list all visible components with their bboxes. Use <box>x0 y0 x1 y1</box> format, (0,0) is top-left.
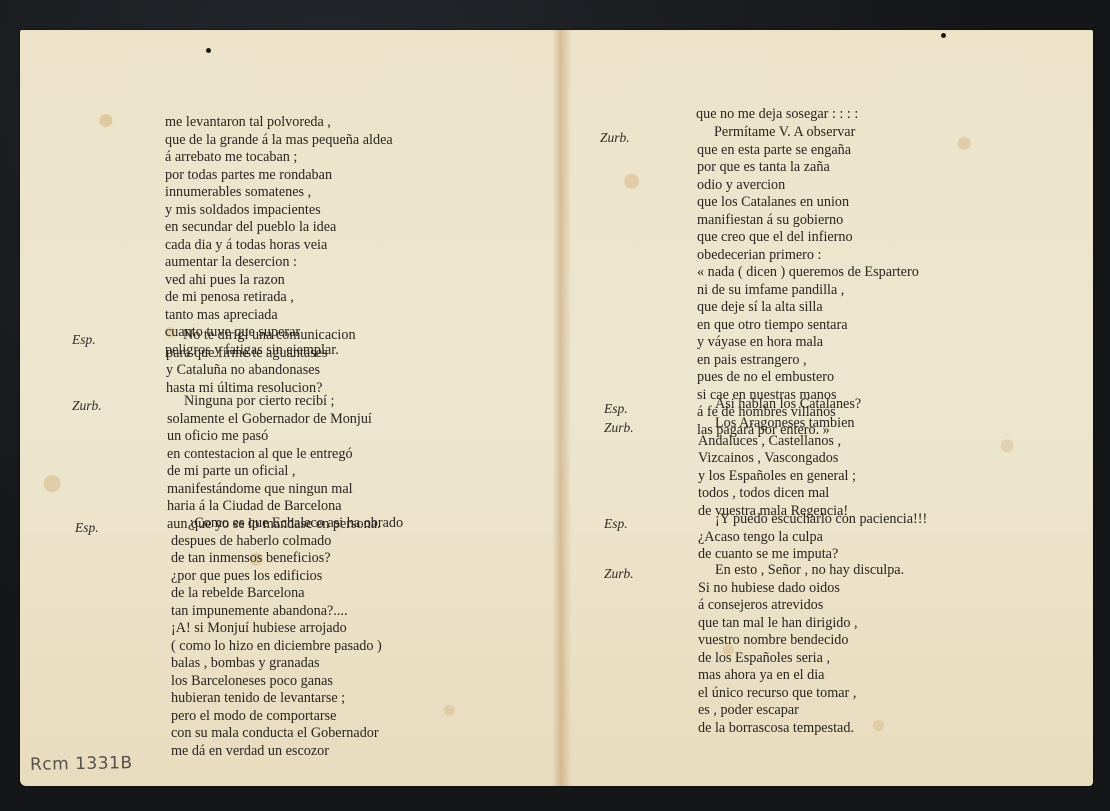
verse-line: En esto , Señor , no hay disculpa. <box>698 562 904 580</box>
verse-line: solamente el Gobernador de Monjuí <box>167 411 381 429</box>
verse-line: de mi penosa retirada , <box>165 289 393 307</box>
verse-line: y los Españoles en general ; <box>698 468 856 486</box>
verse-line: ¿Como es que Echaleco asi ha obrado <box>171 515 403 533</box>
verse-line: para que firme te aguantases <box>166 345 356 363</box>
verse-line: de mi parte un oficial , <box>167 463 381 481</box>
verse-line: me dá en verdad un escozor <box>171 743 403 761</box>
verse-line: Andaluces , Castellanos , <box>698 433 856 451</box>
verse-line: que tan mal le han dirigido , <box>698 615 904 633</box>
pinhole-mark <box>206 48 211 53</box>
verse-line: con su mala conducta el Gobernador <box>171 725 403 743</box>
verse-line: un oficio me pasó <box>167 428 381 446</box>
verse-line: ni de su imfame pandilla , <box>697 282 919 300</box>
verse-line: que creo que el del infierno <box>697 229 919 247</box>
verse-line: de los Españoles seria , <box>698 650 904 668</box>
verse-line: ¡Y puedo escucharlo con paciencia!!! <box>698 511 927 529</box>
verse-line: pero el modo de comportarse <box>171 708 403 726</box>
verse-line: Permítame V. A observar <box>697 124 919 142</box>
speech-block: No te dirigí una comunicacion para que f… <box>166 327 356 397</box>
verse-line: innumerables somatenes , <box>165 184 393 202</box>
verse-line: en secundar del pueblo la idea <box>165 219 393 237</box>
verse-line: despues de haberlo colmado <box>171 533 403 551</box>
verse-line: los Barceloneses poco ganas <box>171 673 403 691</box>
verse-line: que los Catalanes en union <box>697 194 919 212</box>
speech-block: Ninguna por cierto recibí ; solamente el… <box>167 393 381 533</box>
verse-line: de la rebelde Barcelona <box>171 585 403 603</box>
verse-line: ( como lo hizo en diciembre pasado ) <box>171 638 403 656</box>
verse-line: el único recurso que tomar , <box>698 685 904 703</box>
right-page: que no me deja sosegar : : : : Zurb. Per… <box>560 30 1093 786</box>
speaker-label: Zurb. <box>600 130 630 146</box>
speaker-label: Zurb. <box>604 566 634 582</box>
shelfmark-annotation: Rcm 1331B <box>30 753 133 775</box>
verse-line: que no me deja sosegar : : : : <box>696 106 858 124</box>
verse-line: á consejeros atrevidos <box>698 597 904 615</box>
verse-line: Ninguna por cierto recibí ; <box>167 393 381 411</box>
verse-line: vuestro nombre bendecido <box>698 632 904 650</box>
speaker-label: Esp. <box>604 401 628 417</box>
verse-line: en pais estrangero , <box>697 352 919 370</box>
verse-line: y váyase en hora mala <box>697 334 919 352</box>
verse-line: manifiestan á su gobierno <box>697 212 919 230</box>
verse-line: que deje sí la alta silla <box>697 299 919 317</box>
verse-line: en que otro tiempo sentara <box>697 317 919 335</box>
speech-block: En esto , Señor , no hay disculpa. Si no… <box>698 562 904 737</box>
speech-block: ¡Y puedo escucharlo con paciencia!!! ¿Ac… <box>698 511 927 564</box>
verse-line: por que es tanta la zaña <box>697 159 919 177</box>
verse-line: ¡A! si Monjuí hubiese arrojado <box>171 620 403 638</box>
verse-line: « nada ( dicen ) queremos de Espartero <box>697 264 919 282</box>
verse-line: en contestacion al que le entregó <box>167 446 381 464</box>
verse-line: que de la grande á la mas pequeña aldea <box>165 132 393 150</box>
verse-line: Los Aragoneses tambien <box>698 415 856 433</box>
verse-line: pues de no el embustero <box>697 369 919 387</box>
verse-line: No te dirigí una comunicacion <box>166 327 356 345</box>
verse-line: de cuanto se me imputa? <box>698 546 927 564</box>
verse-line: hubieran tenido de levantarse ; <box>171 690 403 708</box>
speech-block: Los Aragoneses tambien Andaluces , Caste… <box>698 415 856 520</box>
verse-line: de la borrascosa tempestad. <box>698 720 904 738</box>
speech-block: ¿Como es que Echaleco asi ha obrado desp… <box>171 515 403 760</box>
verse-line: y mis soldados impacientes <box>165 202 393 220</box>
verse-line: de tan inmensos beneficios? <box>171 550 403 568</box>
verse-line: cada dia y á todas horas veia <box>165 237 393 255</box>
verse-line: manifestándome que ningun mal <box>167 481 381 499</box>
left-continuation-verse: me levantaron tal polvoreda , que de la … <box>165 114 393 359</box>
left-page: me levantaron tal polvoreda , que de la … <box>20 30 560 786</box>
speaker-label: Esp. <box>75 520 99 536</box>
verse-line: es , poder escapar <box>698 702 904 720</box>
verse-line: odio y avercion <box>697 177 919 195</box>
verse-line: ¿Acaso tengo la culpa <box>698 529 927 547</box>
speaker-label: Esp. <box>72 332 96 348</box>
verse-line: por todas partes me rondaban <box>165 167 393 185</box>
verse-line: mas ahora ya en el dia <box>698 667 904 685</box>
pinhole-mark <box>941 33 946 38</box>
verse-line: obedecerian primero : <box>697 247 919 265</box>
verse-line: aumentar la desercion : <box>165 254 393 272</box>
verse-line: ved ahi pues la razon <box>165 272 393 290</box>
verse-line: que en esta parte se engaña <box>697 142 919 160</box>
speaker-label: Esp. <box>604 516 628 532</box>
verse-line: Vizcainos , Vascongados <box>698 450 856 468</box>
verse-line: tan impunemente abandona?.... <box>171 603 403 621</box>
verse-line: tanto mas apreciada <box>165 307 393 325</box>
verse-line: me levantaron tal polvoreda , <box>165 114 393 132</box>
verse-line: y Cataluña no abandonases <box>166 362 356 380</box>
speech-block: Permítame V. A observar que en esta part… <box>697 124 919 439</box>
speech-block: Asi hablan los Catalanes? <box>698 396 861 414</box>
verse-line: todos , todos dicen mal <box>698 485 856 503</box>
verse-line: Si no hubiese dado oidos <box>698 580 904 598</box>
verse-line: ¿por que pues los edificios <box>171 568 403 586</box>
speaker-label: Zurb. <box>604 420 634 436</box>
verse-line: balas , bombas y granadas <box>171 655 403 673</box>
verse-line: á arrebato me tocaban ; <box>165 149 393 167</box>
right-continuation-verse: que no me deja sosegar : : : : <box>696 106 858 124</box>
verse-line: haria á la Ciudad de Barcelona <box>167 498 381 516</box>
speaker-label: Zurb. <box>72 398 102 414</box>
verse-line: Asi hablan los Catalanes? <box>698 396 861 414</box>
document-spread: me levantaron tal polvoreda , que de la … <box>20 30 1093 786</box>
